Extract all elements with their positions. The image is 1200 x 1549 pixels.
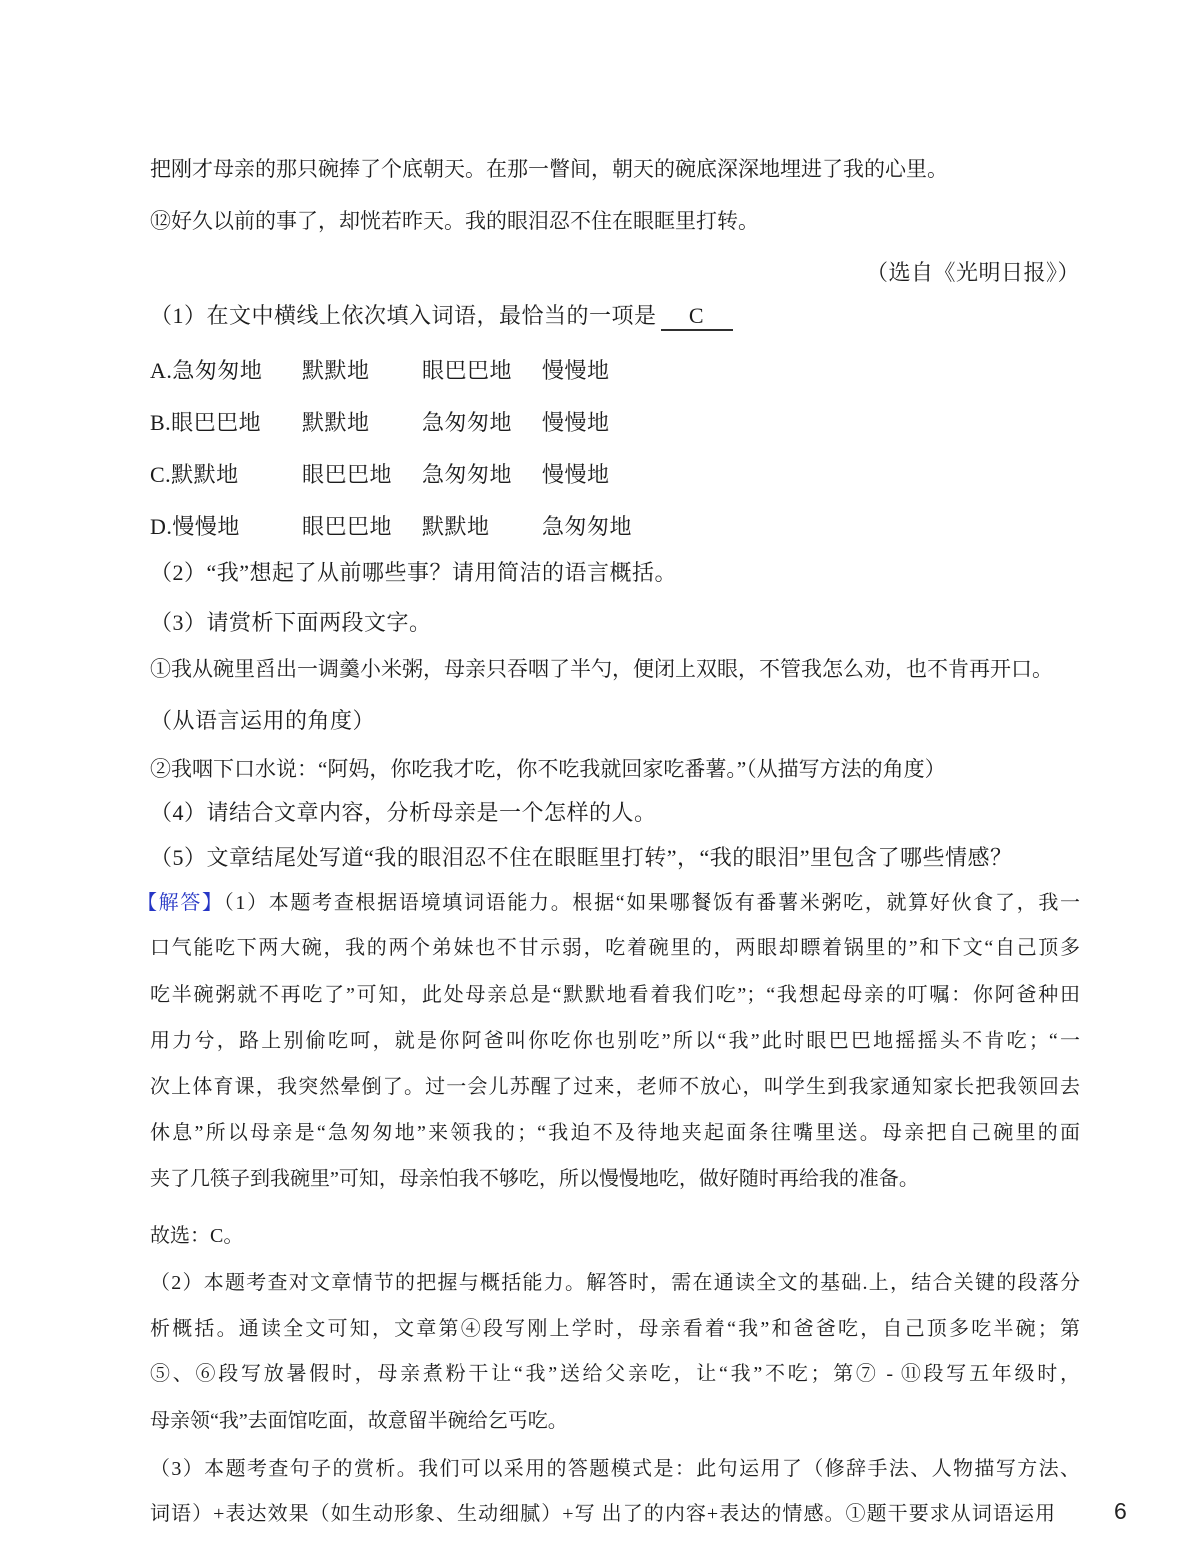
passage-line: 把刚才母亲的那只碗捧了个底朝天。在那一瞥间，朝天的碗底深深地埋进了我的心里。 [150,154,1080,184]
question-3-item-1: ①我从碗里舀出一调羹小米粥，母亲只吞咽了半勺，便闭上双眼，不管我怎么劝，也不肯再… [150,654,1080,684]
question-3-item-1-note: （从语言运用的角度） [150,706,1080,736]
answer-para3-line-2: 词语）+表达效果（如生动形象、生动细腻）+写 出了的内容+表达的情感。①题干要求… [150,1499,1055,1529]
passage-paragraph-12: ⑫好久以前的事了，却恍若昨天。我的眼泪忍不住在眼眶里打转。 [150,206,1080,236]
question-3-item-2: ②我咽下口水说：“阿妈，你吃我才吃，你不吃我就回家吃番薯。”（从描写方法的角度） [150,754,1080,784]
option-cell: 默默地 [302,406,370,437]
answer-label: 【解答】 [137,892,224,914]
answer-conclusion: 故选：C。 [150,1221,1080,1251]
option-cell: 眼巴巴地 [302,458,392,489]
option-cell: 默默地 [302,354,370,385]
answer-para2-line-3: ⑤、⑥段写放暑假时，母亲煮粉干让“我”送给父亲吃，让“我”不吃；第⑦ - ⑪段写… [150,1359,1080,1389]
option-cell: D.慢慢地 [150,510,240,541]
option-row-b: B.眼巴巴地 默默地 急匆匆地 慢慢地 [150,406,1080,436]
question-1-answer-blank: C [661,303,733,331]
option-cell: 慢慢地 [542,406,610,437]
option-cell: B.眼巴巴地 [150,406,261,437]
answer-para1-text: （1）本题考查根据语境填词语能力。根据“如果哪餐饭有番薯米粥吃，就算好伙食了，我… [224,892,1080,914]
question-1-stem: （1）在文中横线上依次填入词语，最恰当的一项是 [150,303,657,328]
option-cell: 慢慢地 [542,354,610,385]
answer-para2-line-2: 析概括。通读全文可知，文章第④段写刚上学时，母亲看着“我”和爸爸吃，自己顶多吃半… [150,1314,1080,1344]
question-5: （5）文章结尾处写道“我的眼泪忍不住在眼眶里打转”，“我的眼泪”里包含了哪些情感… [150,843,1080,873]
answer-para1-line-2: 口气能吃下两大碗，我的两个弟妹也不甘示弱，吃着碗里的，两眼却瞟着锅里的”和下文“… [150,933,1080,963]
option-cell: 急匆匆地 [542,510,632,541]
option-cell: 慢慢地 [542,458,610,489]
option-cell: A.急匆匆地 [150,354,262,385]
option-cell: C.默默地 [150,458,239,489]
question-3: （3）请赏析下面两段文字。 [150,608,1080,638]
answer-para1-line-4: 用力兮，路上别偷吃呵，就是你阿爸叫你吃你也别吃”所以“我”此时眼巴巴地摇摇头不肯… [150,1026,1080,1056]
answer-para1-line-5: 次上体育课，我突然晕倒了。过一会儿苏醒了过来，老师不放心，叫学生到我家通知家长把… [150,1072,1080,1102]
answer-para2-line-4: 母亲领“我”去面馆吃面，故意留半碗给乞丐吃。 [150,1406,1080,1436]
option-cell: 眼巴巴地 [422,354,512,385]
option-cell: 急匆匆地 [422,406,512,437]
question-4: （4）请结合文章内容，分析母亲是一个怎样的人。 [150,798,1080,828]
option-cell: 眼巴巴地 [302,510,392,541]
page-number: 6 [1114,1498,1127,1525]
question-2: （2）“我”想起了从前哪些事？请用简洁的语言概括。 [150,558,1080,588]
option-row-c: C.默默地 眼巴巴地 急匆匆地 慢慢地 [150,458,1080,488]
answer-para3-line-1: （3）本题考查句子的赏析。我们可以采用的答题模式是：此句运用了（修辞手法、人物描… [150,1454,1080,1484]
document-page: 把刚才母亲的那只碗捧了个底朝天。在那一瞥间，朝天的碗底深深地埋进了我的心里。 ⑫… [0,0,1200,1549]
passage-source: （选自《光明日报》） [150,258,1080,288]
answer-para1-line-3: 吃半碗粥就不再吃了”可知，此处母亲总是“默默地看着我们吃”；“我想起母亲的叮嘱：… [150,980,1080,1010]
option-cell: 默默地 [422,510,490,541]
answer-para1-line-6: 休息”所以母亲是“急匆匆地”来领我的；“我迫不及待地夹起面条往嘴里送。母亲把自己… [150,1118,1080,1148]
option-row-a: A.急匆匆地 默默地 眼巴巴地 慢慢地 [150,354,1080,384]
option-row-d: D.慢慢地 眼巴巴地 默默地 急匆匆地 [150,510,1080,540]
option-cell: 急匆匆地 [422,458,512,489]
answer-para1-line-7: 夹了几筷子到我碗里”可知，母亲怕我不够吃，所以慢慢地吃，做好随时再给我的准备。 [150,1164,1080,1194]
answer-para2-line-1: （2）本题考查对文章情节的把握与概括能力。解答时，需在通读全文的基础.上，结合关… [150,1268,1080,1298]
question-1: （1）在文中横线上依次填入词语，最恰当的一项是C [150,301,1080,331]
answer-para1-line-1: 【解答】（1）本题考查根据语境填词语能力。根据“如果哪餐饭有番薯米粥吃，就算好伙… [137,888,1080,918]
